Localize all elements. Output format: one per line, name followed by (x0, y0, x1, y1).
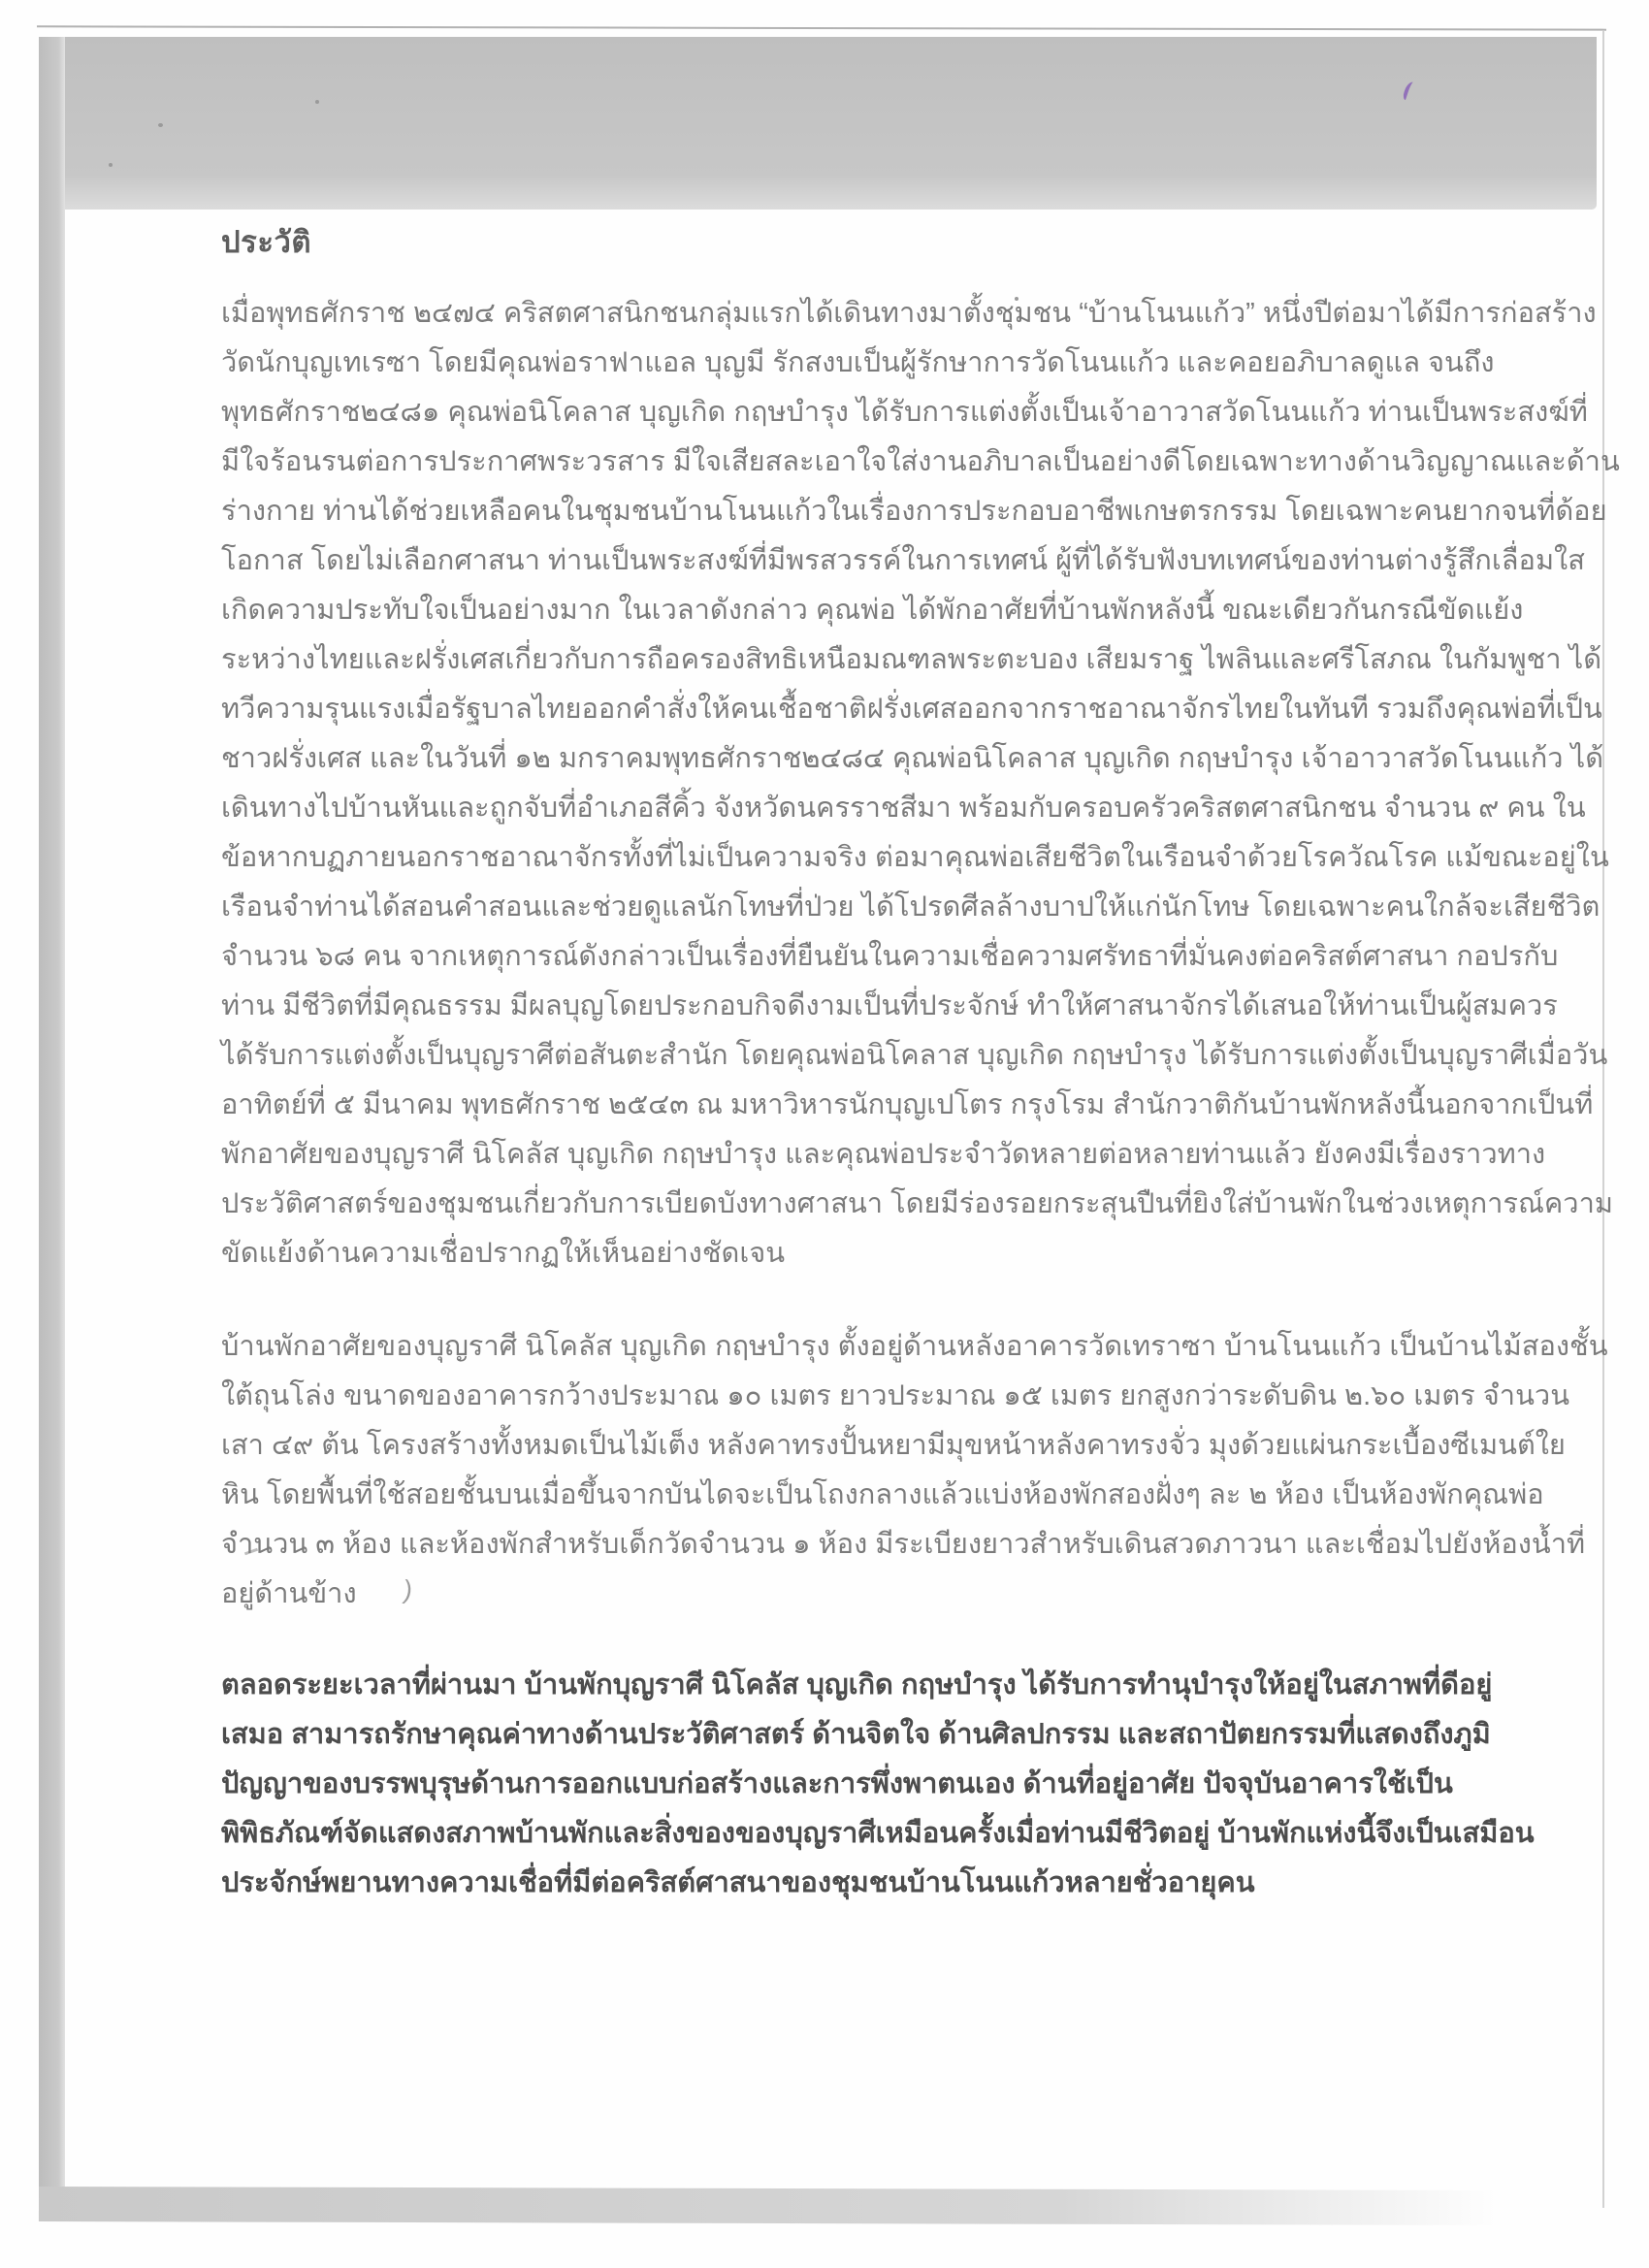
page-title: ประวัติ (221, 217, 311, 266)
text-line: เสมอ สามารถรักษาคุณค่าทางด้านประวัติศาสต… (221, 1710, 1589, 1760)
text-line: ขัดแย้งด้านความเชื่อปรากฏให้เห็นอย่างชัด… (221, 1229, 1589, 1279)
text-line: ปัญญาของบรรพบุรุษด้านการออกแบบก่อสร้างแล… (221, 1760, 1589, 1809)
text-line: เรือนจำท่านได้สอนคำสอนและช่วยดูแลนักโทษท… (221, 883, 1589, 932)
text-line: พุทธศักราช๒๔๘๑ คุณพ่อนิโคลาส บุญเกิด กฤษ… (221, 388, 1589, 437)
text-line: พิพิธภัณฑ์จัดแสดงสภาพบ้านพักและสิ่งของขอ… (221, 1809, 1589, 1859)
text-line: ชาวฝรั่งเศส และในวันที่ ๑๒ มกราคมพุทธศัก… (221, 734, 1589, 784)
text-line: ร่างกาย ท่านได้ช่วยเหลือคนในชุมชนบ้านโนน… (221, 487, 1589, 536)
text-line: ระหว่างไทยและฝรั่งเศสเกี่ยวกับการถือครอง… (221, 635, 1589, 685)
text-line: โอกาส โดยไม่เลือกศาสนา ท่านเป็นพระสงฆ์ที… (221, 536, 1589, 586)
scan-shadow-band-left (39, 37, 65, 2198)
text-line: พักอาศัยของบุญราศี นิโคลัส บุญเกิด กฤษบำ… (221, 1130, 1589, 1180)
text-line: เกิดความประทับใจเป็นอย่างมาก ในเวลาดังกล… (221, 586, 1589, 635)
paper-edge-right-line (1602, 31, 1604, 2208)
text-line: จำนวน ๖๘ คน จากเหตุการณ์ดังกล่าวเป็นเรื่… (221, 932, 1589, 982)
text-line: อยู่ด้านข้าง (221, 1570, 1589, 1619)
text-line: ท่าน มีชีวิตที่มีคุณธรรม มีผลบุญโดยประกอ… (221, 982, 1589, 1031)
paragraph-conclusion: ตลอดระยะเวลาที่ผ่านมา บ้านพักบุญราศี นิโ… (221, 1661, 1589, 1908)
text-line: บ้านพักอาศัยของบุญราศี นิโคลัส บุญเกิด ก… (221, 1322, 1589, 1372)
text-line: ตลอดระยะเวลาที่ผ่านมา บ้านพักบุญราศี นิโ… (221, 1661, 1589, 1710)
text-line: อาทิตย์ที่ ๕ มีนาคม พุทธศักราช ๒๕๔๓ ณ มห… (221, 1081, 1589, 1130)
scan-speck (315, 100, 319, 104)
paragraph-house-description: บ้านพักอาศัยของบุญราศี นิโคลัส บุญเกิด ก… (221, 1322, 1589, 1619)
text-line: ประจักษ์พยานทางความเชื่อที่มีต่อคริสต์ศา… (221, 1859, 1589, 1908)
text-line: เมื่อพุทธศักราช ๒๔๗๔ คริสตศาสนิกชนกลุ่มแ… (221, 289, 1589, 339)
scanned-document-page: ) ประวัติ เมื่อพุทธศักราช ๒๔๗๔ คริสตศาสน… (0, 0, 1649, 2268)
text-line: ข้อหากบฏภายนอกราชอาณาจักรทั้งที่ไม่เป็นค… (221, 833, 1589, 883)
scan-speck (109, 163, 113, 167)
scan-shadow-band-bottom (39, 2187, 1499, 2225)
text-line: เดินทางไปบ้านหันและถูกจับที่อำเภอสีคิ้ว … (221, 784, 1589, 833)
text-line: ทวีความรุนแรงเมื่อรัฐบาลไทยออกคำสั่งให้ค… (221, 685, 1589, 734)
text-line: หิน โดยพื้นที่ใช้สอยชั้นบนเมื่อขึ้นจากบั… (221, 1471, 1589, 1520)
text-line: ใต้ถุนโล่ง ขนาดของอาคารกว้างประมาณ ๑๐ เม… (221, 1372, 1589, 1421)
paragraph-history: เมื่อพุทธศักราช ๒๔๗๔ คริสตศาสนิกชนกลุ่มแ… (221, 289, 1589, 1279)
text-line: เสา ๔๙ ต้น โครงสร้างทั้งหมดเป็นไม้เต็ง ห… (221, 1421, 1589, 1471)
text-line: มีใจร้อนรนต่อการประกาศพระวรสาร มีใจเสียส… (221, 437, 1589, 487)
text-line: ได้รับการแต่งตั้งเป็นบุญราศีต่อสันตะสำนั… (221, 1031, 1589, 1081)
text-line: จำนวน ๓ ห้อง และห้องพักสำหรับเด็กวัดจำนว… (221, 1520, 1589, 1570)
text-line: ประวัติศาสตร์ของชุมชนเกี่ยวกับการเบียดบั… (221, 1180, 1589, 1229)
scan-shadow-band-top (39, 37, 1597, 210)
scan-speck (158, 123, 163, 127)
text-line: วัดนักบุญเทเรซา โดยมีคุณพ่อราฟาแอล บุญมี… (221, 339, 1589, 388)
paper-edge-top-line (37, 25, 1606, 30)
